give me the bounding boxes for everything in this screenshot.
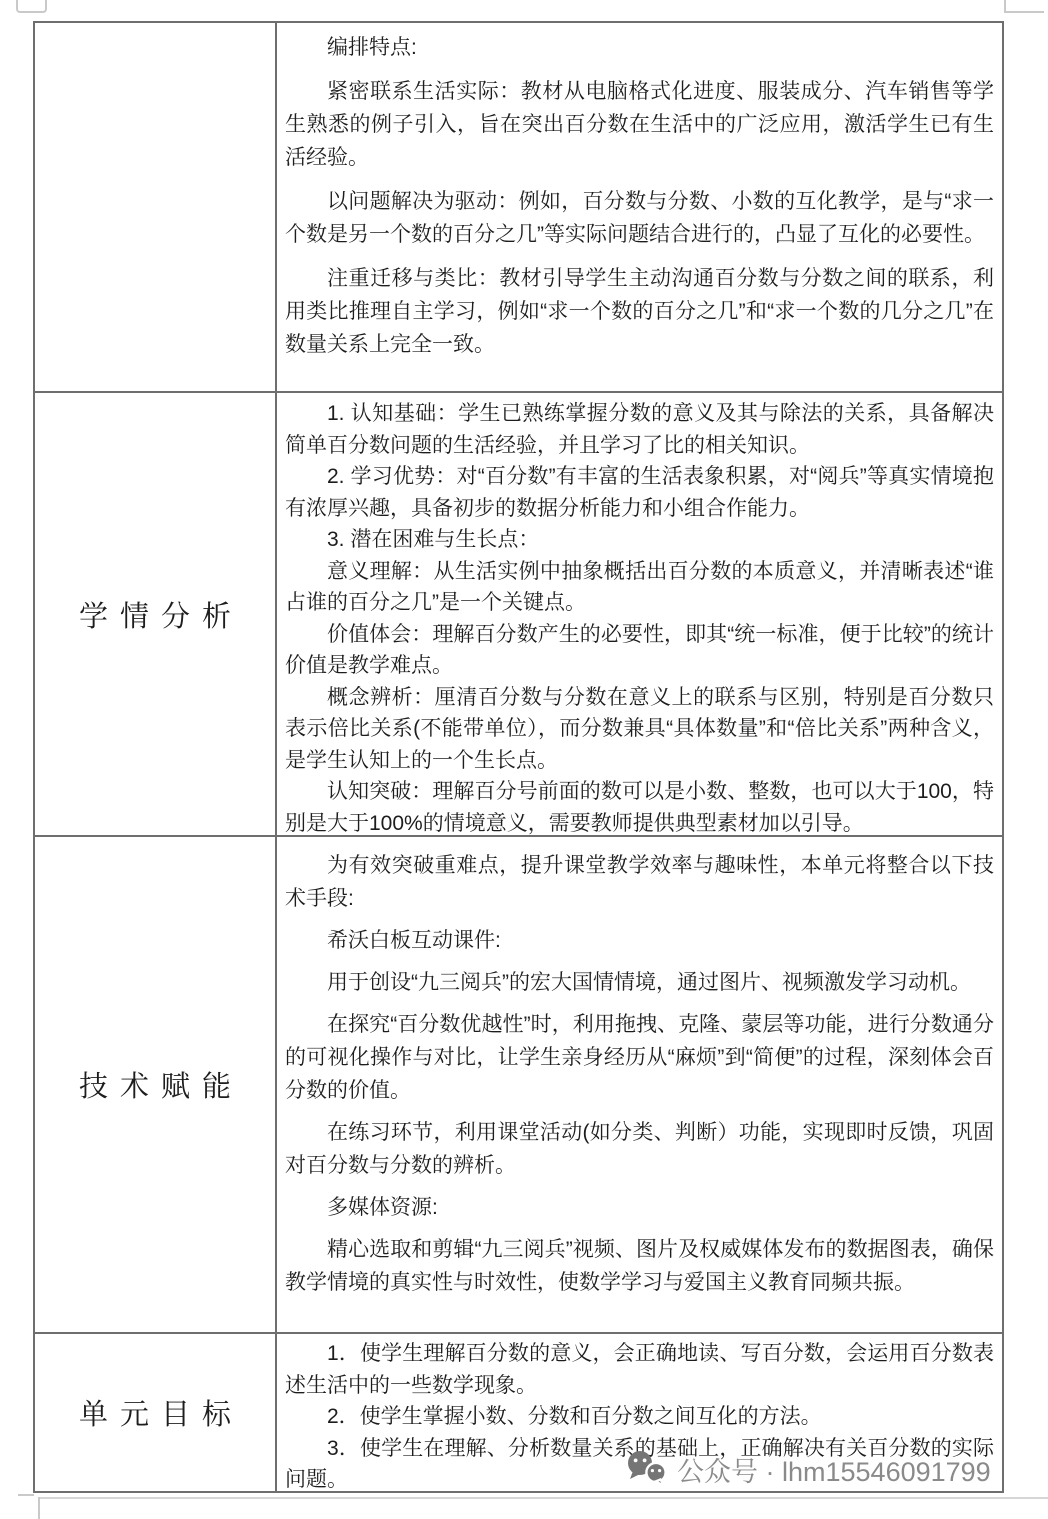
watermark: 公众号 · lhm15546091799 — [626, 1447, 991, 1491]
paragraph: 认知突破：理解百分号前面的数可以是小数、整数，也可以大于100，特别是大于100… — [285, 776, 994, 835]
row-header-empty — [35, 23, 277, 391]
row-content-technology-empowerment: 为有效突破重难点，提升课堂教学效率与趣味性，本单元将整合以下技术手段: 希沃白板… — [277, 835, 1002, 1332]
row-header-technology-empowerment: 技术赋能 — [35, 835, 277, 1332]
paragraph: 1. 认知基础：学生已熟练掌握分数的意义及其与除法的关系，具备解决简单百分数问题… — [285, 398, 994, 461]
paragraph: 价值体会：理解百分数产生的必要性，即其“统一标准，便于比较”的统计价值是教学难点… — [285, 619, 994, 682]
paragraph: 编排特点: — [285, 31, 994, 64]
paragraph: 注重迁移与类比：教材引导学生主动沟通百分数与分数之间的联系，利用类比推理自主学习… — [285, 262, 994, 361]
paragraph: 概念辨析：厘清百分数与分数在意义上的联系与区别，特别是百分数只表示倍比关系(不能… — [285, 682, 994, 777]
previous-table-bottom-left-fragment — [16, 0, 47, 13]
paragraph: 为有效突破重难点，提升课堂教学效率与趣味性，本单元将整合以下技术手段: — [285, 849, 994, 915]
paragraph: 意义理解：从生活实例中抽象概括出百分数的本质意义，并清晰表述“谁占谁的百分之几”… — [285, 556, 994, 619]
paragraph: 紧密联系生活实际：教材从电脑格式化进度、服装成分、汽车销售等学生熟悉的例子引入，… — [285, 75, 994, 174]
paragraph: 以问题解决为驱动：例如，百分数与分数、小数的互化教学，是与“求一个数是另一个数的… — [285, 185, 994, 251]
next-table-left-border-fragment — [38, 1497, 40, 1519]
paragraph: 在探究“百分数优越性”时，利用拖拽、克隆、蒙层等功能，进行分数通分的可视化操作与… — [285, 1008, 994, 1107]
wechat-icon — [626, 1450, 668, 1488]
watermark-text: 公众号 · lhm15546091799 — [677, 1450, 991, 1489]
paragraph: 1．使学生理解百分数的意义，会正确地读、写百分数，会运用百分数表述生活中的一些数… — [285, 1338, 994, 1401]
paragraph: 希沃白板互动课件: — [285, 924, 994, 957]
paragraph: 多媒体资源: — [285, 1191, 994, 1224]
next-table-edge-left-fragment — [18, 1494, 34, 1496]
paragraph: 在练习环节，利用课堂活动(如分类、判断）功能，实现即时反馈，巩固对百分数与分数的… — [285, 1116, 994, 1182]
paragraph: 2．使学生掌握小数、分数和百分数之间互化的方法。 — [285, 1401, 994, 1433]
paragraph: 用于创设“九三阅兵”的宏大国情情境，通过图片、视频激发学习动机。 — [285, 966, 994, 999]
paragraph: 3. 潜在困难与生长点： — [285, 524, 994, 556]
paragraph: 精心选取和剪辑“九三阅兵”视频、图片及权威媒体发布的数据图表，确保教学情境的真实… — [285, 1233, 994, 1299]
previous-table-bottom-right-fragment — [1004, 0, 1044, 13]
next-table-top-line-fragment — [38, 1497, 1048, 1499]
row-content-arrangement-features: 编排特点: 紧密联系生活实际：教材从电脑格式化进度、服装成分、汽车销售等学生熟悉… — [277, 23, 1002, 391]
lesson-plan-table: 编排特点: 紧密联系生活实际：教材从电脑格式化进度、服装成分、汽车销售等学生熟悉… — [33, 21, 1004, 1493]
document-page: 编排特点: 紧密联系生活实际：教材从电脑格式化进度、服装成分、汽车销售等学生熟悉… — [0, 0, 1048, 1519]
row-header-learner-analysis: 学情分析 — [35, 391, 277, 835]
paragraph: 2. 学习优势：对“百分数”有丰富的生活表象积累，对“阅兵”等真实情境抱有浓厚兴… — [285, 461, 994, 524]
row-header-unit-goals: 单元目标 — [35, 1332, 277, 1491]
row-content-learner-analysis: 1. 认知基础：学生已熟练掌握分数的意义及其与除法的关系，具备解决简单百分数问题… — [277, 391, 1002, 835]
